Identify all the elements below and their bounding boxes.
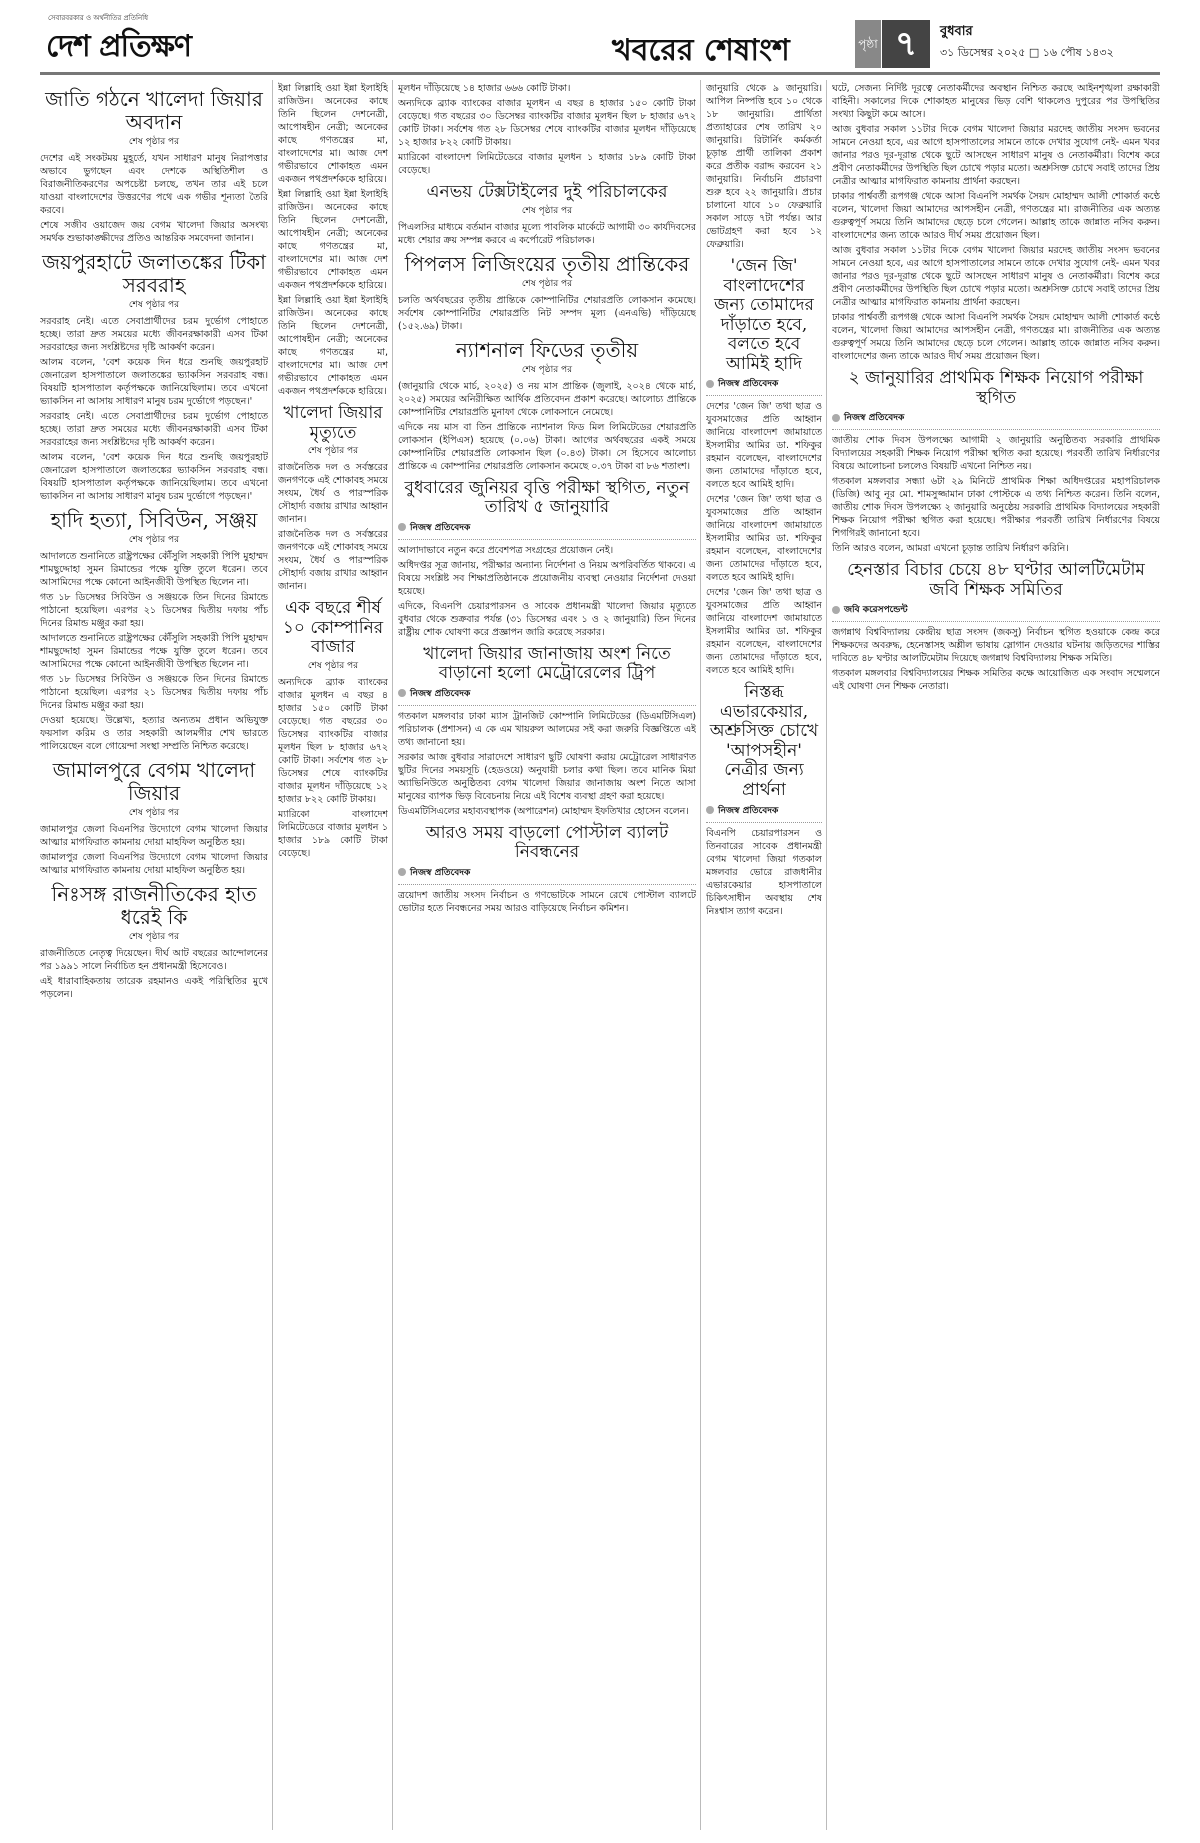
headline: বুধবারের জুনিয়র বৃত্তি পরীক্ষা স্থগিত, … [398, 479, 696, 518]
paragraph: ঢাকার পার্শ্ববর্তী রূপগঞ্জ থেকে আসা বিএন… [832, 311, 1160, 363]
paragraph: বিএনপি চেয়ারপারসন ও তিনবারের সাবেক প্রধ… [706, 827, 822, 918]
headline: জামালপুরে বেগম খালেদা জিয়ার [40, 759, 268, 805]
paragraph: আজ বুধবার সকাল ১১টার দিকে বেগম খালেদা জি… [832, 123, 1160, 188]
column-5: ঘটে, সেজন্য নির্দিষ্ট দূরত্বে নেতাকর্মীদ… [832, 82, 1160, 1832]
continued-from: শেষ পৃষ্ঠার পর [40, 807, 268, 820]
headline: খালেদা জিয়ার মৃত্যুতে [278, 404, 388, 443]
column-2: ইন্না লিল্লাহি ওয়া ইন্না ইলাইহি রাজিউন।… [278, 82, 388, 1832]
continued-from: শেষ পৃষ্ঠার পর [278, 445, 388, 458]
column-divider [392, 80, 393, 1830]
page-label: পৃষ্ঠা [855, 20, 881, 68]
headline: নিঃসঙ্গ রাজনীতিকের হাত ধরেই কি [40, 883, 268, 929]
paragraph: জানুয়ারি থেকে ৯ জানুয়ারি। আপিল নিষ্পত্… [706, 82, 822, 251]
bullet-icon [832, 414, 840, 422]
paragraph: আজ বুধবার সকাল ১১টার দিকে বেগম খালেদা জি… [832, 244, 1160, 309]
paragraph: ত্রয়োদশ জাতীয় সংসদ নির্বাচন ও গণভোটকে … [398, 889, 696, 915]
paragraph: আলম বলেন, 'বেশ কয়েক দিন ধরে শুনছি জয়পু… [40, 356, 268, 408]
paragraph: দেশের এই সংকটময় মুহূর্তে, যখন সাধারণ মা… [40, 152, 268, 217]
paragraph: ঢাকার পার্শ্ববর্তী রূপগঞ্জ থেকে আসা বিএন… [832, 190, 1160, 242]
continued-from: শেষ পৃষ্ঠার পর [40, 534, 268, 547]
continued-from: শেষ পৃষ্ঠার পর [278, 660, 388, 673]
paragraph: জামালপুর জেলা বিএনপির উদ্যোগে বেগম খালেদ… [40, 851, 268, 877]
byline: নিজস্ব প্রতিবেদক [706, 805, 822, 823]
paragraph: সরবরাহ নেই। এতে সেবাপ্রার্থীদের চরম দুর্… [40, 315, 268, 354]
headline: খালেদা জিয়ার জানাজায় অংশ নিতে বাড়ানো … [398, 645, 696, 684]
paragraph: জগন্নাথ বিশ্ববিদ্যালয় কেন্দ্রীয় ছাত্র … [832, 626, 1160, 665]
paragraph: জামালপুর জেলা বিএনপির উদ্যোগে বেগম খালেদ… [40, 823, 268, 849]
paragraph: দেওয়া হয়েছে। উল্লেখ্য, হত্যার অন্যতম প… [40, 714, 268, 753]
paragraph: গতকাল মঙ্গলবার ঢাকা ম্যাস ট্রানজিট কোম্প… [398, 710, 696, 749]
paragraph: রাজনীতিতে নেতৃত্ব দিয়েছেন। দীর্ঘ আট বছর… [40, 947, 268, 973]
byline: নিজস্ব প্রতিবেদক [832, 412, 1160, 430]
byline: নিজস্ব প্রতিবেদক [398, 688, 696, 706]
continued-from: শেষ পৃষ্ঠার পর [398, 364, 696, 377]
masthead-rule [40, 72, 1160, 75]
bullet-icon [398, 689, 406, 697]
paragraph: অন্যদিকে ব্র্যাক ব্যাংকের বাজার মূলধন এ … [398, 97, 696, 149]
byline: নিজস্ব প্রতিবেদক [398, 867, 696, 885]
headline: জয়পুরহাটে জলাতঙ্কের টিকা সরবরাহ [40, 251, 268, 297]
paragraph: শেষে সজীব ওয়াজেদ জয় বেগম খালেদা জিয়ার… [40, 219, 268, 245]
paragraph: ইন্না লিল্লাহি ওয়া ইন্না ইলাইহি রাজিউন।… [278, 82, 388, 186]
newspaper-page: সেবারবরকার ও অর্থনীতির প্রতিনিধি দেশ প্র… [0, 0, 1200, 1843]
page-number: ৭ [882, 20, 930, 68]
paragraph: দেশের 'জেন জি' তথা ছাত্র ও যুবসমাজের প্র… [706, 400, 822, 491]
headline: এনভয় টেক্সটাইলের দুই পরিচালকের [398, 183, 696, 203]
bullet-icon [398, 523, 406, 531]
paragraph: (জানুয়ারি থেকে মার্চ, ২০২৫) ও নয় মাস প… [398, 380, 696, 419]
paragraph: রাজনৈতিক দল ও সর্বস্তরের জনগণকে এই শোকাব… [278, 461, 388, 526]
paragraph: আদালতে শুনানিতে রাষ্ট্রপক্ষের কৌঁসুলি সহ… [40, 632, 268, 671]
continued-from: শেষ পৃষ্ঠার পর [398, 278, 696, 291]
bullet-icon [706, 380, 714, 388]
headline: হেনস্তার বিচার চেয়ে ৪৮ ঘণ্টার আলটিমেটাম… [832, 561, 1160, 600]
column-3: মূলধন দাঁড়িয়েছে ১৪ হাজার ৬৬৬ কোটি টাকা… [398, 82, 696, 1832]
paragraph: এই ধারাবাহিকতায় তারেক রহমানও একই পরিস্থ… [40, 975, 268, 1001]
column-divider [826, 80, 827, 1830]
column-divider [272, 80, 273, 1830]
bullet-icon [398, 868, 406, 876]
paragraph: তিনি আরও বলেন, আমরা এখনো চূড়ান্ত তারিখ … [832, 542, 1160, 555]
headline: হাদি হত্যা, সিবিউন, সঞ্জয় [40, 509, 268, 532]
column-4: জানুয়ারি থেকে ৯ জানুয়ারি। আপিল নিষ্পত্… [706, 82, 822, 1832]
paragraph: এদিকে, বিএনপি চেয়ারপারসন ও সাবেক প্রধান… [398, 600, 696, 639]
headline: আরও সময় বাড়লো পোস্টাল ব্যালট নিবন্ধনের [398, 824, 696, 863]
headline: এক বছরে শীর্ষ ১০ কোম্পানির বাজার [278, 599, 388, 658]
section-title: খবরের শেষাংশ [612, 26, 790, 77]
paragraph: ম্যারিকো বাংলাদেশ লিমিটেডেরে বাজার মূলধন… [278, 808, 388, 860]
day-name: বুধবার [940, 22, 973, 43]
paragraph: সরকার আজ বুধবার সারাদেশে সাধারণ ছুটি ঘোষ… [398, 751, 696, 803]
paragraph: গত ১৮ ডিসেম্বর সিবিউন ও সঞ্জয়কে তিন দিন… [40, 673, 268, 712]
paragraph: গত ১৮ ডিসেম্বর সিবিউন ও সঞ্জয়কে তিন দিন… [40, 591, 268, 630]
continued-from: শেষ পৃষ্ঠার পর [398, 205, 696, 218]
headline: পিপলস লিজিংয়ের তৃতীয় প্রান্তিকের [398, 253, 696, 276]
paragraph: দেশের 'জেন জি' তথা ছাত্র ও যুবসমাজের প্র… [706, 586, 822, 677]
bullet-icon [706, 806, 714, 814]
paragraph: আলম বলেন, 'বেশ কয়েক দিন ধরে শুনছি জয়পু… [40, 451, 268, 503]
paragraph: আলাদাভাবে নতুন করে প্রবেশপত্র সংগ্রহের প… [398, 544, 696, 557]
paragraph: পিএলসির মাধ্যমে বর্তমান বাজার মূল্যে পাব… [398, 221, 696, 247]
paragraph: আদালতে শুনানিতে রাষ্ট্রপক্ষের কৌঁসুলি সহ… [40, 550, 268, 589]
paragraph: জাতীয় শোক দিবস উপলক্ষ্যে আগামী ২ জানুয়… [832, 434, 1160, 473]
column-divider [700, 80, 701, 1830]
bullet-icon [832, 606, 840, 614]
paragraph: অন্যদিকে ব্র্যাক ব্যাংকের বাজার মূলধন এ … [278, 676, 388, 806]
paragraph: দেশের 'জেন জি' তথা ছাত্র ও যুবসমাজের প্র… [706, 493, 822, 584]
paragraph: ইন্না লিল্লাহি ওয়া ইন্না ইলাইহি রাজিউন।… [278, 294, 388, 398]
column-1: জাতি গঠনে খালেদা জিয়ার অবদান শেষ পৃষ্ঠা… [40, 82, 268, 1832]
paragraph: সরবরাহ নেই। এতে সেবাপ্রার্থীদের চরম দুর্… [40, 410, 268, 449]
paragraph: ইন্না লিল্লাহি ওয়া ইন্না ইলাইহি রাজিউন।… [278, 188, 388, 292]
newspaper-logo: দেশ প্রতিক্ষণ [46, 22, 191, 73]
continued-from: শেষ পৃষ্ঠার পর [40, 136, 268, 149]
paragraph: ঘটে, সেজন্য নির্দিষ্ট দূরত্বে নেতাকর্মীদ… [832, 82, 1160, 121]
paragraph: ম্যারিকো বাংলাদেশ লিমিটেডেরে বাজার মূলধন… [398, 151, 696, 177]
paragraph: মূলধন দাঁড়িয়েছে ১৪ হাজার ৬৬৬ কোটি টাকা… [398, 82, 696, 95]
byline: নিজস্ব প্রতিবেদক [398, 522, 696, 540]
continued-from: শেষ পৃষ্ঠার পর [40, 931, 268, 944]
headline: 'জেন জি' বাংলাদেশের জন্য তোমাদের দাঁড়াত… [706, 257, 822, 374]
paragraph: চলতি অর্থবছরের তৃতীয় প্রান্তিকে কোম্পান… [398, 294, 696, 333]
byline: জবি করেসপন্ডেন্ট [832, 604, 1160, 622]
headline: নিস্তব্ধ এভারকেয়ার, অশ্রুসিক্ত চোখে 'আপ… [706, 683, 822, 800]
paragraph: গতকাল মঙ্গলবার বিশ্ববিদ্যালয়ের শিক্ষক স… [832, 667, 1160, 693]
headline: জাতি গঠনে খালেদা জিয়ার অবদান [40, 88, 268, 134]
paragraph: গতকাল মঙ্গলবার সন্ধ্যা ৬টা ২৯ মিনিটে প্র… [832, 475, 1160, 540]
paragraph: অধিদপ্তর সূত্র জানায়, পরীক্ষার অন্যান্য… [398, 559, 696, 598]
dateline: ৩১ ডিসেম্বর ২০২৫ □ ১৬ পৌষ ১৪৩২ [940, 44, 1114, 63]
paragraph: এদিকে নয় মাস বা তিন প্রান্তিকে ন্যাশনাল… [398, 421, 696, 473]
paragraph: ডিএমটিসিএলের মহাব্যবস্থাপক (অপারেশন) মোহ… [398, 805, 696, 818]
byline: নিজস্ব প্রতিবেদক [706, 378, 822, 396]
paragraph: রাজনৈতিক দল ও সর্বস্তরের জনগণকে এই শোকাব… [278, 528, 388, 593]
continued-from: শেষ পৃষ্ঠার পর [40, 299, 268, 312]
headline: ন্যাশনাল ফিডের তৃতীয় [398, 339, 696, 362]
masthead: সেবারবরকার ও অর্থনীতির প্রতিনিধি দেশ প্র… [40, 8, 1170, 68]
headline: ২ জানুয়ারির প্রাথমিক শিক্ষক নিয়োগ পরীক… [832, 369, 1160, 408]
